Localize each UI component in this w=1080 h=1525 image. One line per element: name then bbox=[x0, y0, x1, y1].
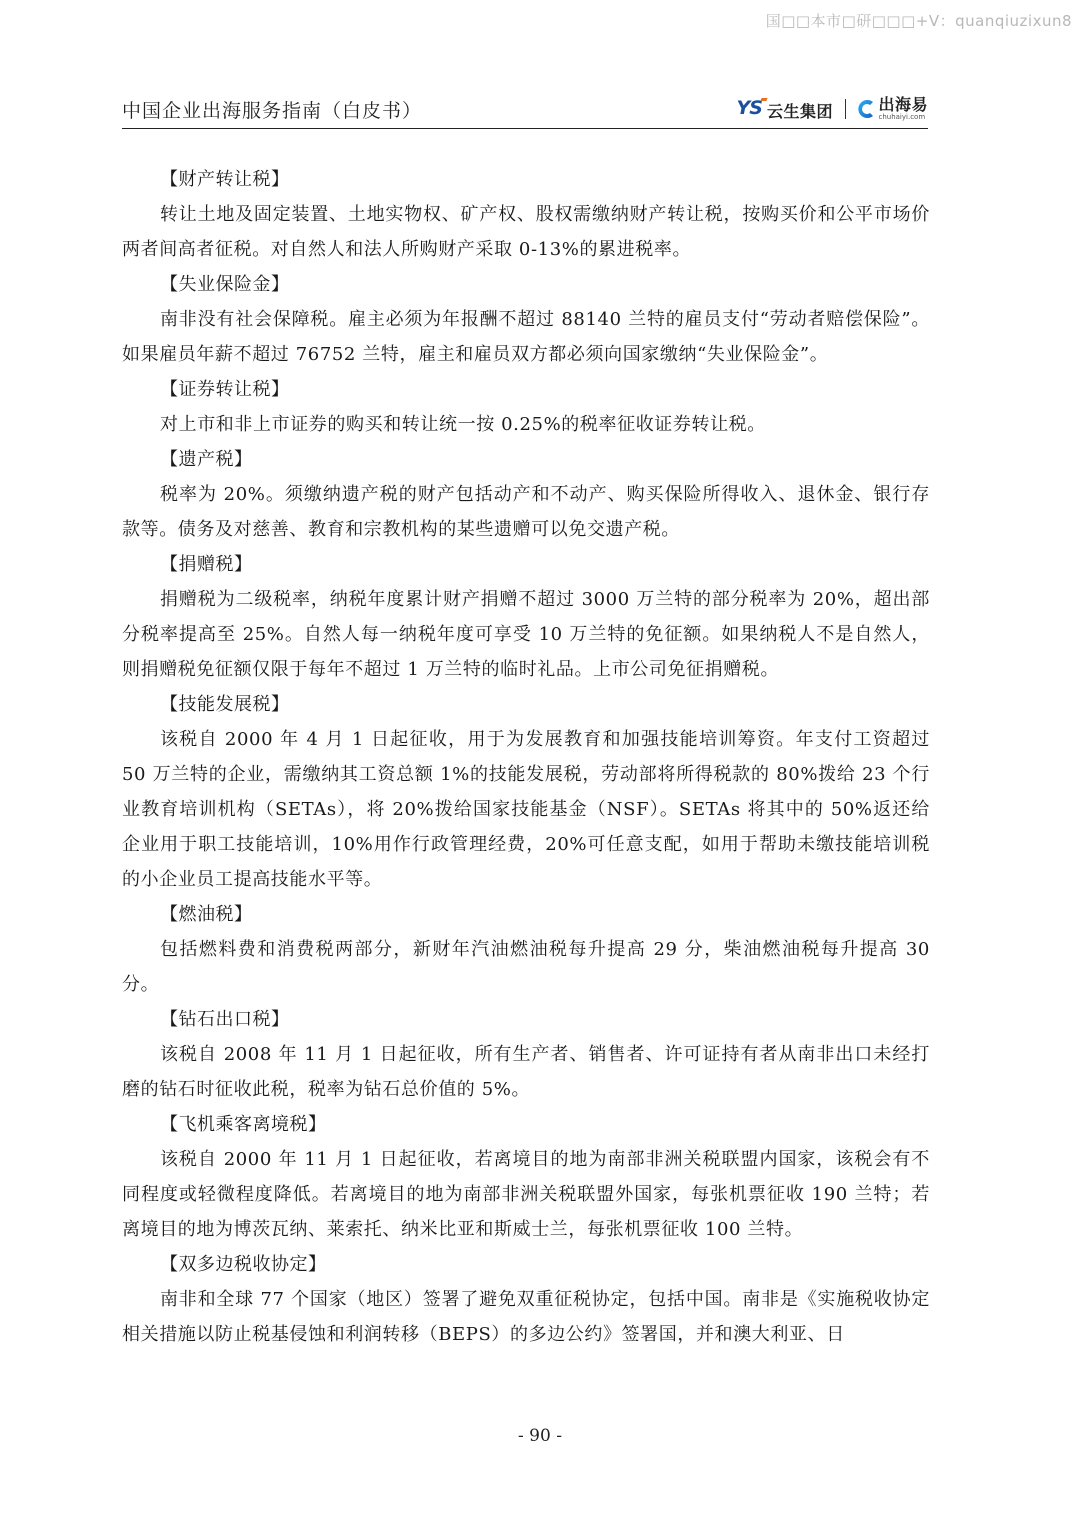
section-skills-development-levy: 【技能发展税】 该税自 2000 年 4 月 1 日起征收，用于为发展教育和加强… bbox=[122, 687, 930, 897]
document-title: 中国企业出海服务指南（白皮书） bbox=[122, 96, 422, 123]
section-heading: 【飞机乘客离境税】 bbox=[122, 1107, 930, 1142]
section-paragraph: 该税自 2000 年 4 月 1 日起征收，用于为发展教育和加强技能培训筹资。年… bbox=[122, 722, 930, 897]
brand-logos: YS 云生集团 出海易 chuhaiyi.com bbox=[737, 94, 928, 124]
chuhaiyi-logo-domain: chuhaiyi.com bbox=[878, 114, 928, 121]
section-fuel-levy: 【燃油税】 包括燃料费和消费税两部分，新财年汽油燃油税每升提高 29 分，柴油燃… bbox=[122, 897, 930, 1002]
section-heading: 【燃油税】 bbox=[122, 897, 930, 932]
chuhaiyi-logo-name: 出海易 bbox=[878, 97, 928, 113]
document-body: 【财产转让税】 转让土地及固定装置、土地实物权、矿产权、股权需缴纳财产转让税，按… bbox=[122, 162, 930, 1352]
section-paragraph: 该税自 2000 年 11 月 1 日起征收，若离境目的地为南部非洲关税联盟内国… bbox=[122, 1142, 930, 1247]
ys-logo-mark: YS bbox=[737, 97, 762, 119]
section-heading: 【双多边税收协定】 bbox=[122, 1247, 930, 1282]
section-property-transfer-tax: 【财产转让税】 转让土地及固定装置、土地实物权、矿产权、股权需缴纳财产转让税，按… bbox=[122, 162, 930, 267]
chuhaiyi-c-icon bbox=[856, 98, 876, 120]
section-air-passenger-departure-tax: 【飞机乘客离境税】 该税自 2000 年 11 月 1 日起征收，若离境目的地为… bbox=[122, 1107, 930, 1247]
section-paragraph: 对上市和非上市证券的购买和转让统一按 0.25%的税率征收证券转让税。 bbox=[122, 407, 930, 442]
section-paragraph: 捐赠税为二级税率，纳税年度累计财产捐赠不超过 3000 万兰特的部分税率为 20… bbox=[122, 582, 930, 687]
page-number: - 90 - bbox=[0, 1426, 1080, 1446]
section-paragraph: 转让土地及固定装置、土地实物权、矿产权、股权需缴纳财产转让税，按购买价和公平市场… bbox=[122, 197, 930, 267]
section-donations-tax: 【捐赠税】 捐赠税为二级税率，纳税年度累计财产捐赠不超过 3000 万兰特的部分… bbox=[122, 547, 930, 687]
section-tax-treaties: 【双多边税收协定】 南非和全球 77 个国家（地区）签署了避免双重征税协定，包括… bbox=[122, 1247, 930, 1352]
section-heading: 【失业保险金】 bbox=[122, 267, 930, 302]
section-heading: 【证券转让税】 bbox=[122, 372, 930, 407]
chuhaiyi-logo: 出海易 chuhaiyi.com bbox=[856, 97, 928, 121]
section-securities-transfer-tax: 【证券转让税】 对上市和非上市证券的购买和转让统一按 0.25%的税率征收证券转… bbox=[122, 372, 930, 442]
section-heading: 【财产转让税】 bbox=[122, 162, 930, 197]
section-paragraph: 南非和全球 77 个国家（地区）签署了避免双重征税协定，包括中国。南非是《实施税… bbox=[122, 1282, 930, 1352]
section-paragraph: 包括燃料费和消费税两部分，新财年汽油燃油税每升提高 29 分，柴油燃油税每升提高… bbox=[122, 932, 930, 1002]
section-heading: 【捐赠税】 bbox=[122, 547, 930, 582]
section-unemployment-insurance: 【失业保险金】 南非没有社会保障税。雇主必须为年报酬不超过 88140 兰特的雇… bbox=[122, 267, 930, 372]
section-heading: 【钻石出口税】 bbox=[122, 1002, 930, 1037]
watermark-text: 国□□本市□研□□□+V：quanqiuzixun8 bbox=[766, 10, 1072, 31]
section-heading: 【遗产税】 bbox=[122, 442, 930, 477]
logo-divider bbox=[845, 99, 847, 119]
page-header: 中国企业出海服务指南（白皮书） YS 云生集团 出海易 bbox=[122, 92, 928, 129]
section-heading: 【技能发展税】 bbox=[122, 687, 930, 722]
section-estate-tax: 【遗产税】 税率为 20%。须缴纳遗产税的财产包括动产和不动产、购买保险所得收入… bbox=[122, 442, 930, 547]
section-paragraph: 税率为 20%。须缴纳遗产税的财产包括动产和不动产、购买保险所得收入、退休金、银… bbox=[122, 477, 930, 547]
section-diamond-export-levy: 【钻石出口税】 该税自 2008 年 11 月 1 日起征收，所有生产者、销售者… bbox=[122, 1002, 930, 1107]
section-paragraph: 南非没有社会保障税。雇主必须为年报酬不超过 88140 兰特的雇员支付“劳动者赔… bbox=[122, 302, 930, 372]
ys-logo-name: 云生集团 bbox=[767, 99, 833, 122]
section-paragraph: 该税自 2008 年 11 月 1 日起征收，所有生产者、销售者、许可证持有者从… bbox=[122, 1037, 930, 1107]
ys-group-logo: YS 云生集团 bbox=[737, 97, 833, 122]
